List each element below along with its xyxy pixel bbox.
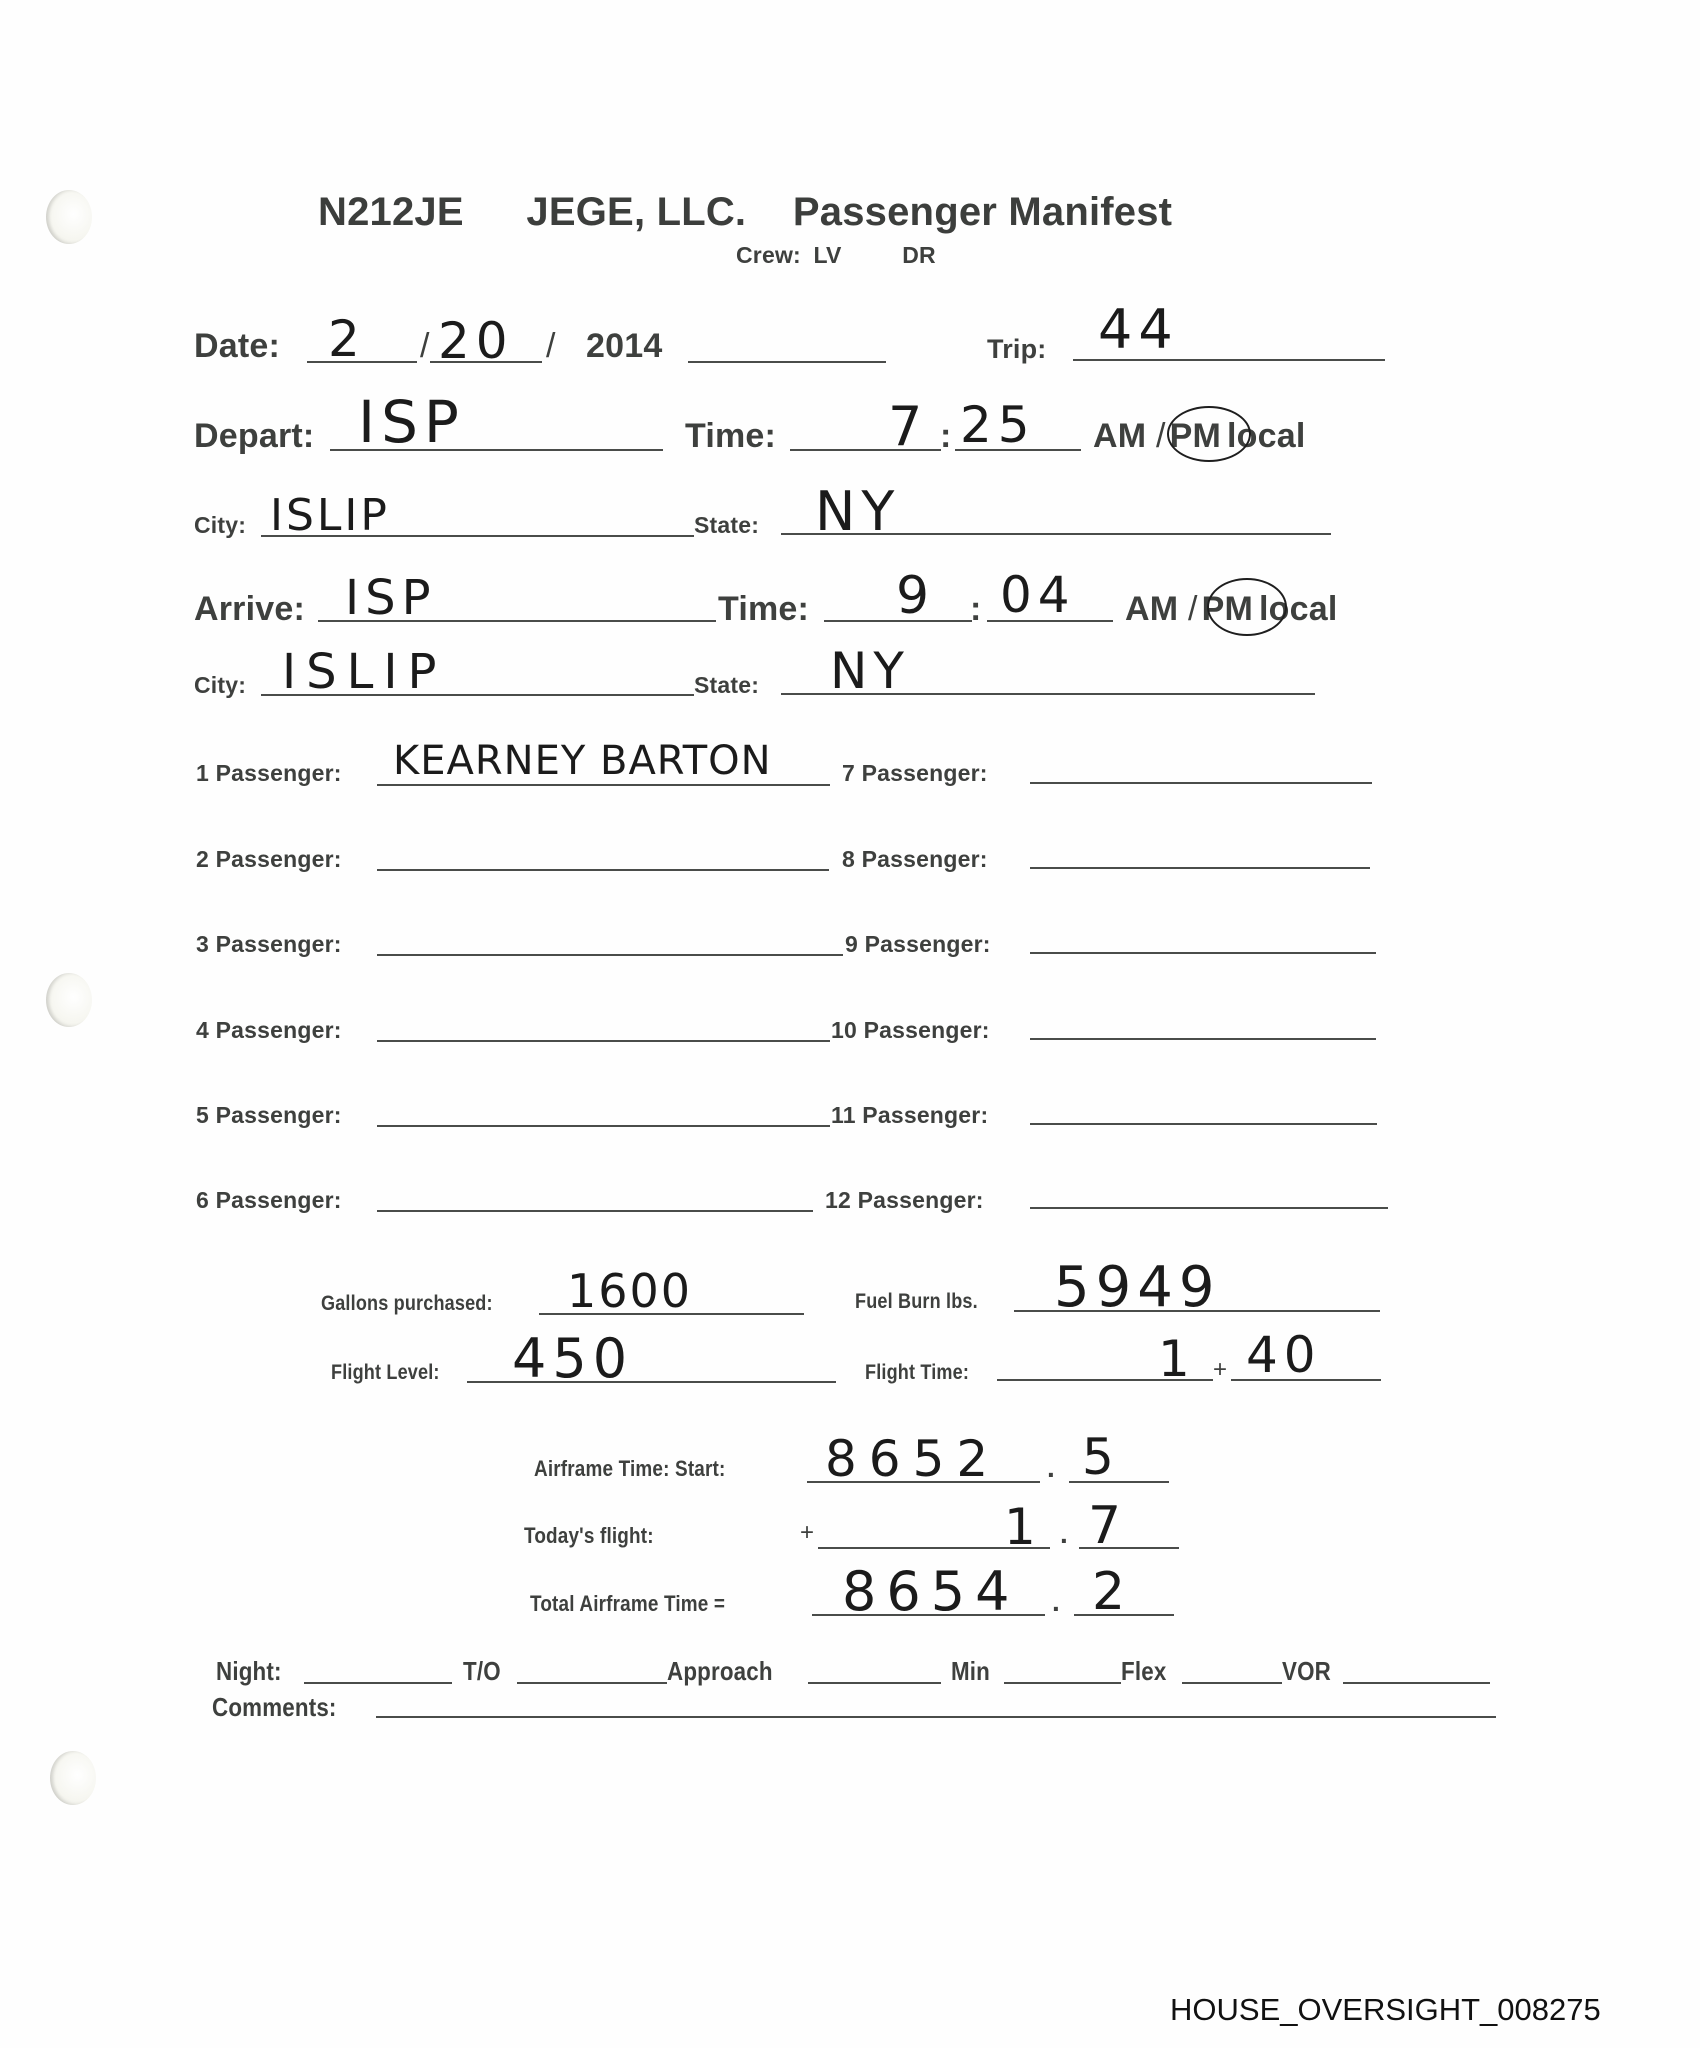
- depart-state-label: State:: [694, 512, 759, 539]
- airframe-start-label: Airframe Time: Start:: [534, 1456, 757, 1482]
- depart-time-label: Time:: [685, 417, 776, 456]
- flight-level-label: Flight Level:: [331, 1361, 457, 1385]
- depart-state-value: NY: [815, 480, 900, 543]
- arrive-time-colon: :: [970, 590, 982, 629]
- depart-minute-value: 25: [960, 396, 1036, 454]
- date-day-value: 20: [438, 312, 514, 370]
- total-airframe-dot: .: [1052, 1586, 1060, 1618]
- todays-flight-label: Today's flight:: [524, 1523, 675, 1549]
- passenger-12-label: 12 Passenger:: [825, 1187, 984, 1214]
- comments-field[interactable]: [376, 1716, 1496, 1718]
- passenger-2-label: 2 Passenger:: [196, 846, 342, 873]
- passenger-10-label: 10 Passenger:: [831, 1017, 990, 1044]
- arrive-am-option[interactable]: AM: [1125, 590, 1178, 628]
- airframe-start-dot: .: [1047, 1452, 1055, 1484]
- passenger-9-field[interactable]: [1030, 952, 1376, 954]
- crew-member-2: DR: [902, 242, 936, 268]
- depart-hour-value: 7: [888, 395, 928, 458]
- trip-value: 44: [1098, 298, 1179, 361]
- passenger-5-field[interactable]: [377, 1125, 830, 1127]
- flight-time-hours-value: 1: [1158, 1330, 1196, 1388]
- airframe-start-tenth-value: 5: [1082, 1428, 1120, 1486]
- date-year-line: [688, 361, 886, 363]
- binder-hole-middle: [46, 973, 92, 1027]
- passenger-11-label: 11 Passenger:: [831, 1102, 988, 1129]
- approach-field[interactable]: [808, 1682, 941, 1684]
- bates-number: HOUSE_OVERSIGHT_008275: [1170, 1992, 1601, 2028]
- total-airframe-tenth-value: 2: [1092, 1562, 1131, 1622]
- arrive-minute-value: 04: [1000, 566, 1076, 624]
- arrive-time-label: Time:: [718, 590, 809, 629]
- passenger-4-field[interactable]: [377, 1040, 830, 1042]
- airframe-start-whole-value: 8652: [825, 1430, 1000, 1488]
- passenger-6-field[interactable]: [377, 1210, 813, 1212]
- depart-city-label: City:: [194, 512, 246, 539]
- passenger-3-label: 3 Passenger:: [196, 931, 342, 958]
- passenger-8-label: 8 Passenger:: [842, 846, 988, 873]
- todays-flight-plus: +: [800, 1519, 814, 1547]
- gallons-purchased-label: Gallons purchased:: [321, 1292, 521, 1316]
- passenger-3-field[interactable]: [377, 954, 843, 956]
- fuel-burn-label: Fuel Burn lbs.: [855, 1290, 998, 1314]
- arrive-hour-value: 9: [896, 566, 935, 626]
- date-month-value: 2: [328, 310, 366, 368]
- arrive-pm-selected-circle: [1207, 578, 1287, 636]
- passenger-11-field[interactable]: [1030, 1123, 1377, 1125]
- passenger-7-label: 7 Passenger:: [842, 760, 988, 787]
- passenger-1-field[interactable]: [377, 784, 830, 786]
- flex-label: Flex: [1121, 1656, 1174, 1687]
- arrive-state-label: State:: [694, 672, 759, 699]
- flex-field[interactable]: [1182, 1682, 1282, 1684]
- vor-field[interactable]: [1343, 1682, 1490, 1684]
- depart-label: Depart:: [194, 417, 314, 456]
- crew-line: Crew: LV DR: [736, 242, 936, 269]
- night-label: Night:: [216, 1656, 292, 1687]
- min-field[interactable]: [1004, 1682, 1121, 1684]
- arrive-label: Arrive:: [194, 590, 305, 629]
- flight-time-label: Flight Time:: [865, 1361, 986, 1385]
- vor-label: VOR: [1282, 1656, 1339, 1687]
- comments-label: Comments:: [212, 1692, 357, 1723]
- depart-city-handwritten: ISLIP: [270, 490, 390, 541]
- passenger-8-field[interactable]: [1030, 867, 1370, 869]
- arrive-state-value: NY: [830, 642, 910, 700]
- total-airframe-whole-value: 8654: [842, 1560, 1019, 1623]
- flight-time-minutes-value: 40: [1246, 1326, 1322, 1384]
- passenger-9-label: 9 Passenger:: [845, 931, 991, 958]
- todays-flight-dot: .: [1060, 1518, 1068, 1550]
- passenger-4-label: 4 Passenger:: [196, 1017, 342, 1044]
- tail-number: N212JE: [318, 190, 464, 234]
- depart-airport-value: ISP: [358, 388, 465, 456]
- gallons-purchased-value: 1600: [567, 1264, 692, 1318]
- min-label: Min: [951, 1656, 996, 1687]
- arrive-airport-value: ISP: [345, 570, 437, 626]
- passenger-2-field[interactable]: [377, 869, 829, 871]
- passenger-5-label: 5 Passenger:: [196, 1102, 342, 1129]
- todays-flight-tenth-value: 7: [1088, 1496, 1127, 1556]
- arrive-city-label: City:: [194, 672, 246, 699]
- date-year: 2014: [586, 327, 662, 366]
- binder-hole-top: [46, 190, 92, 244]
- passenger-10-field[interactable]: [1030, 1038, 1376, 1040]
- depart-am-option[interactable]: AM: [1093, 417, 1146, 455]
- total-airframe-label: Total Airframe Time =: [530, 1591, 757, 1617]
- night-field[interactable]: [304, 1682, 452, 1684]
- passenger-1-value: KEARNEY BARTON: [393, 738, 772, 784]
- date-separator-2: /: [546, 327, 556, 366]
- todays-flight-whole-value: 1: [1004, 1498, 1042, 1556]
- depart-time-colon: :: [940, 417, 952, 456]
- arrive-city-value: ISLIP: [282, 644, 446, 700]
- fuel-burn-value: 5949: [1054, 1255, 1221, 1320]
- depart-pm-selected-circle: [1167, 406, 1251, 462]
- page-title: Passenger Manifest: [793, 190, 1172, 234]
- crew-member-1: LV: [814, 242, 842, 268]
- crew-label: Crew:: [736, 242, 801, 268]
- passenger-6-label: 6 Passenger:: [196, 1187, 342, 1214]
- date-separator-1: /: [420, 327, 430, 366]
- binder-hole-bottom: [50, 1751, 96, 1805]
- flight-time-plus: +: [1213, 1356, 1227, 1384]
- date-label: Date:: [194, 327, 280, 366]
- approach-label: Approach: [667, 1656, 790, 1687]
- arrive-ampm-slash: /: [1188, 590, 1198, 628]
- company-name: JEGE, LLC.: [526, 190, 746, 234]
- takeoff-label: T/O: [463, 1656, 507, 1687]
- manifest-header: N212JE JEGE, LLC. Passenger Manifest: [318, 190, 1172, 235]
- trip-label: Trip:: [987, 334, 1047, 365]
- passenger-7-field[interactable]: [1030, 782, 1372, 784]
- flight-level-value: 450: [512, 1327, 633, 1390]
- takeoff-field[interactable]: [517, 1682, 667, 1684]
- depart-ampm-slash: /: [1156, 417, 1166, 455]
- passenger-12-field[interactable]: [1030, 1207, 1388, 1209]
- passenger-1-label: 1 Passenger:: [196, 760, 342, 787]
